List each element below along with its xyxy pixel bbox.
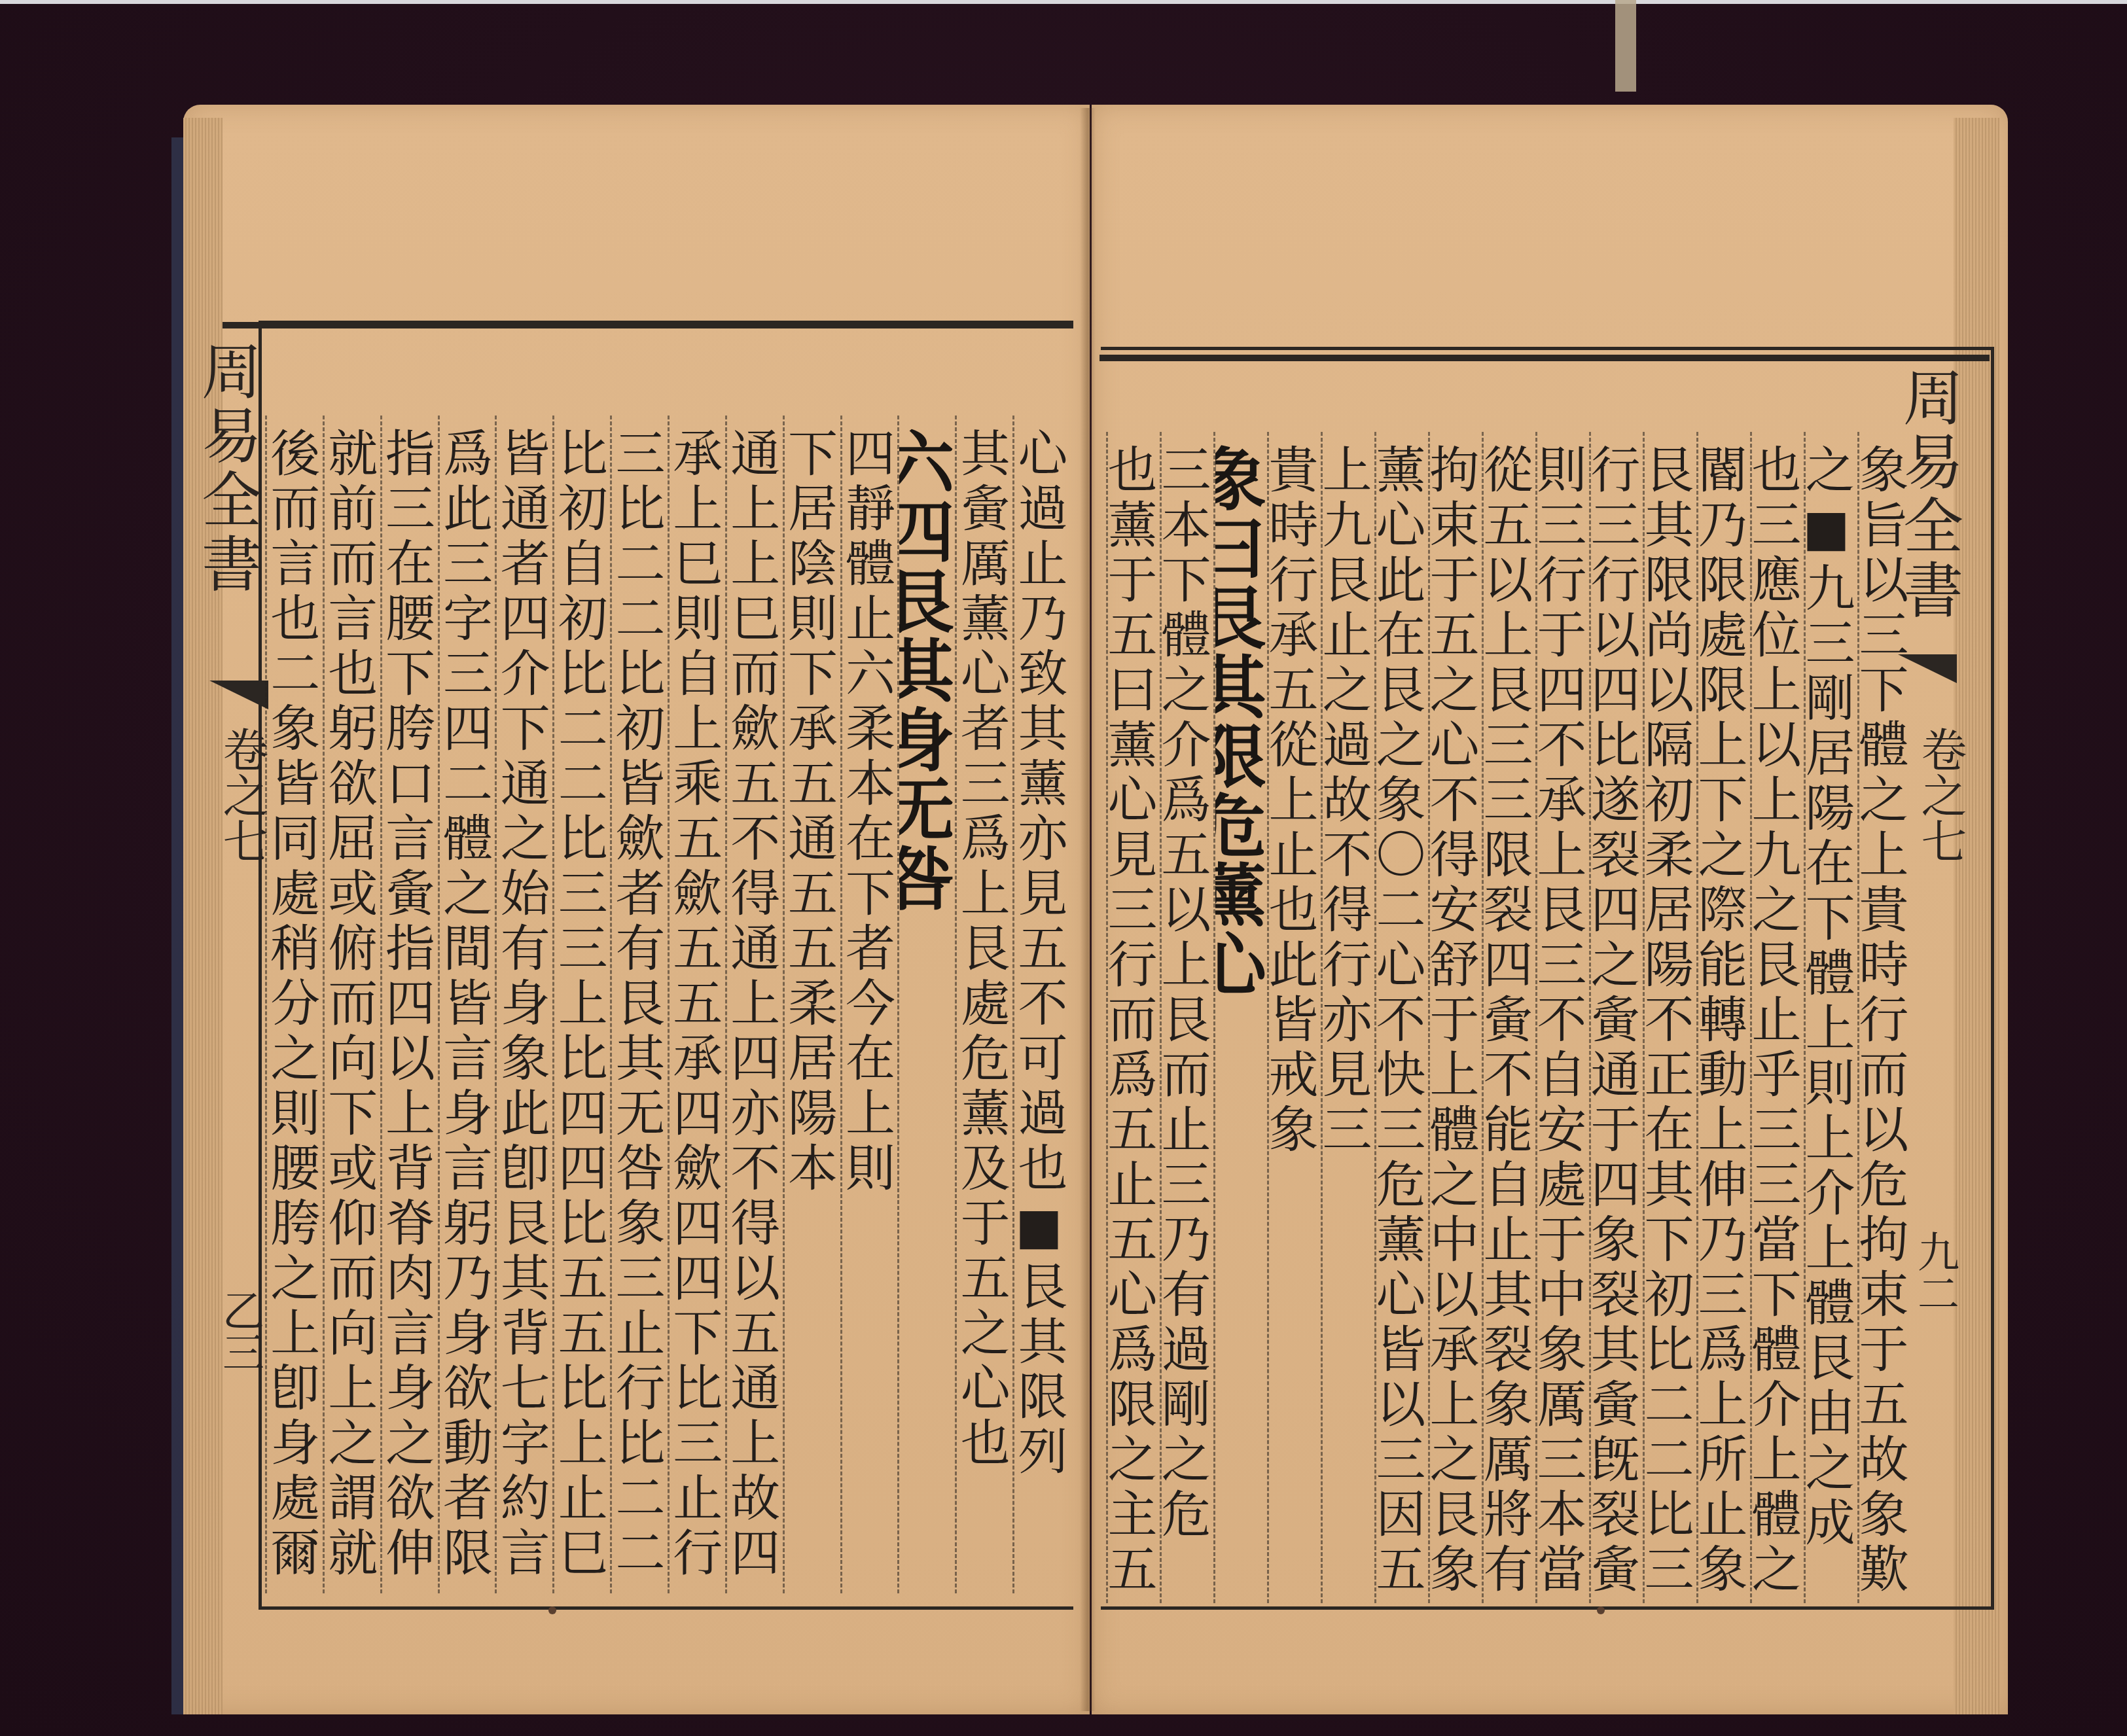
text-column: 也薰于五曰薰心見三行而爲五止五心爲限之主五 [1106,432,1160,1603]
bookmark-ribbon [1615,0,1636,92]
text-column: 三本下體之介爲五以上艮而止三乃有過剛之危 [1160,432,1213,1603]
text-column: 比初自初比二二比三三上比四四比五五比上止巳 [552,416,610,1593]
text-column: 閽乃限處限上下之際能轉動上伸乃三爲上所止象 [1696,432,1750,1603]
text-column: 就前而言也躬欲屈或俯而向下或仰而向上之謂就 [323,416,380,1593]
binding-hole [548,1606,556,1614]
book-gutter [1080,108,1096,1711]
text-column: 承上巳則自上乘五歛五五承四歛四四下比三止行 [668,416,725,1593]
text-column: 之■九三剛居陽在下體上則上介上體艮由之成者 [1804,432,1857,1603]
text-column: 後而言也二象皆同處稍分之則腰胯之上卽身處爾 [265,416,323,1593]
image-commentary-heading: 象曰艮其限危薰心 [1213,432,1267,1603]
text-column: 爲此三字三四二體之間皆言身言躬乃身欲動者限 [438,416,495,1593]
text-column: 心過止乃致其薰亦見五不可過也■艮其限列 [1012,416,1070,1593]
text-column: 行三行以四比遂裂四之夤通于四象裂其夤旣裂夤 [1589,432,1643,1603]
text-column: 其夤厲薰心者三爲上艮處危薰及于五之心也 [955,416,1012,1593]
right-margin-chapter: 卷之七 [1908,726,1974,864]
right-page-text: 象旨以三下體之上貴時行而以危拘束于五故象歎 之■九三剛居陽在下體上則上介上體艮由… [1106,432,1911,1603]
text-column: 上九艮止之過故不得行亦見三 [1321,432,1374,1603]
text-column: 艮其限尚以隔初柔居陽不正在其下初比二二比三 [1643,432,1696,1603]
text-column: 象旨以三下體之上貴時行而以危拘束于五故象歎 [1857,432,1911,1603]
left-folio-number: 乙三 [209,1289,270,1373]
text-column: 指三在腰下胯口言夤指四以上背脊肉言身之欲伸 [380,416,438,1593]
left-header-space [268,327,1067,406]
text-column: 四靜體止六柔本在下者今在上則 [840,416,898,1593]
right-folio-number: 九二 [1904,1230,1965,1314]
text-column: 下居陰則下承五通五五柔居陽本 [783,416,840,1593]
binding-hole [1597,1606,1605,1614]
text-column: 拘束于五之心不得安舒于上體之中以承上之艮象 [1428,432,1482,1603]
text-column: 薰心此在艮之象〇二心不快三危薰心皆以三因五 [1374,432,1428,1603]
text-column: 也三應位上以上九之艮止乎三三當下體介上體之 [1750,432,1804,1603]
text-column: 貴時行承五從上止也此皆戒象 [1267,432,1321,1603]
text-column: 皆通者四介下通之始有身象此卽艮其背七字約言 [495,416,552,1593]
text-column: 從五以上艮三三限裂四夤不能自止其裂象厲將有 [1482,432,1535,1603]
left-page-text: 心過止乃致其薰亦見五不可過也■艮其限列 其夤厲薰心者三爲上艮處危薰及于五之心也 … [265,416,1070,1593]
scan-top-strip [0,0,2127,4]
text-column: 通上上巳而歛五不得通上四亦不得以五通上故四 [725,416,783,1593]
right-header-space [1106,359,1990,431]
hexagram-line-heading: 六四艮其身无咎 [897,416,955,1593]
text-column: 三比二二比初皆歛者有艮其无咎象三止行比二二 [610,416,668,1593]
book-cover-edge [171,137,183,1714]
left-margin-book-title: 周易全書 [196,340,257,597]
text-column: 則三行于四不承上艮三不自安處于中象厲三本當 [1535,432,1589,1603]
